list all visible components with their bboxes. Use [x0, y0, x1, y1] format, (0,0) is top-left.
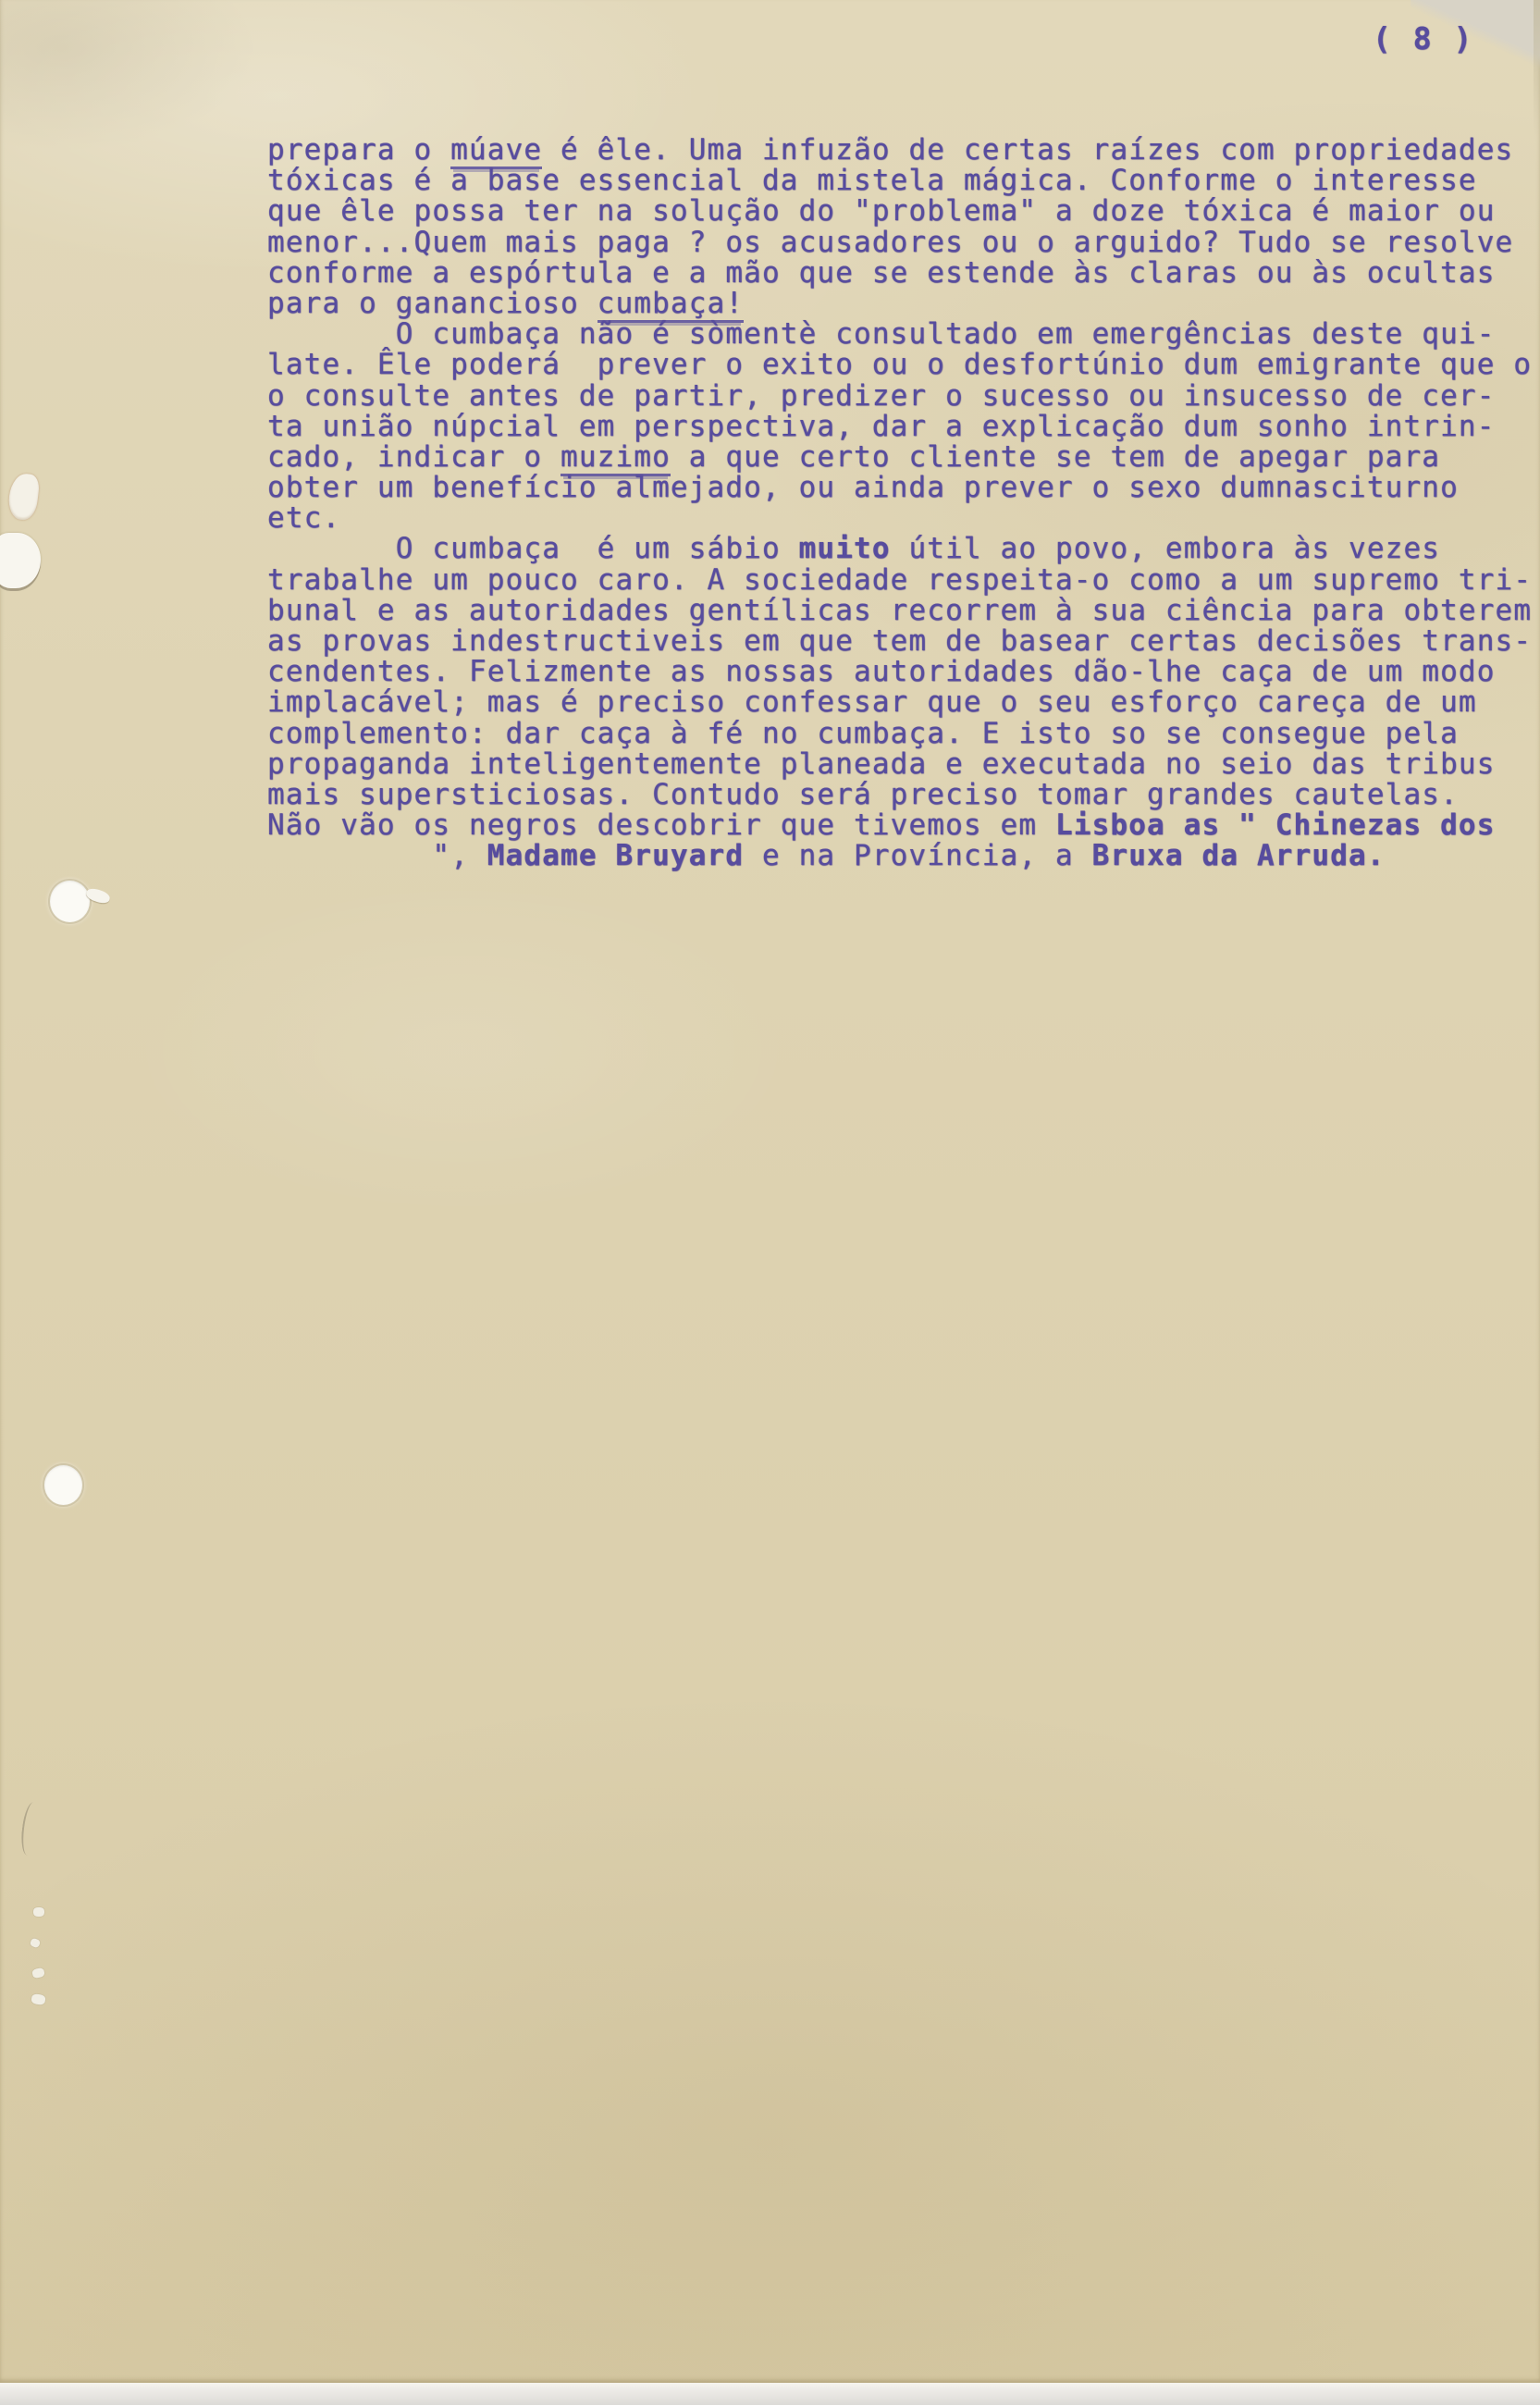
text-line: Não vão os negros descobrir que tivemos …	[267, 810, 1532, 841]
text-segment: implacável; mas é preciso confessar que …	[267, 685, 1477, 719]
text-segment: e na Província, a	[744, 839, 1091, 872]
text-segment: prepara o	[267, 133, 450, 166]
text-segment: cendentes. Felizmente as nossas autorida…	[267, 655, 1496, 688]
paper-tear-patch-upper	[6, 472, 41, 521]
edge-nick	[30, 1938, 41, 1949]
text-line: O cumbaça não é sòmentè consultado em em…	[267, 319, 1532, 350]
text-line: O cumbaça é um sábio muito útil ao povo,…	[267, 534, 1532, 564]
text-line: cendentes. Felizmente as nossas autorida…	[267, 657, 1532, 687]
text-line: etc.	[267, 503, 1532, 534]
text-segment: útil ao povo, embora às vezes	[891, 532, 1440, 565]
text-segment: etc.	[267, 501, 340, 535]
text-line: trabalhe um pouco caro. A sociedade resp…	[267, 565, 1532, 596]
text-segment: as provas indestructiveis em que tem de …	[267, 624, 1532, 658]
punch-hole-bottom	[44, 1465, 82, 1505]
text-segment: tóxicas é a base essencial da mistela má…	[267, 164, 1477, 197]
text-segment: trabalhe um pouco caro. A sociedade resp…	[267, 563, 1532, 597]
text-segment: O cumbaça é um sábio	[267, 532, 799, 565]
text-line: obter um benefício almejado, ou ainda pr…	[267, 473, 1532, 503]
paper-right-edge-shadow	[1534, 0, 1540, 139]
text-line: ", Madame Bruyard e na Província, a Brux…	[267, 841, 1532, 871]
text-line: complemento: dar caça à fé no cumbaça. E…	[267, 719, 1532, 749]
paper-sheet: ( 8 ) prepara o múave é êle. Uma infuzão…	[0, 0, 1540, 2383]
text-line: implacável; mas é preciso confessar que …	[267, 687, 1532, 718]
text-segment: cado, indicar o	[267, 440, 561, 474]
text-segment: conforme a espórtula e a mão que se este…	[267, 256, 1496, 290]
punch-hole-top	[50, 881, 90, 922]
text-line: menor...Quem mais paga ? os acusadores o…	[267, 228, 1532, 258]
text-line: conforme a espórtula e a mão que se este…	[267, 258, 1532, 289]
text-segment: obter um benefício almejado, ou ainda pr…	[267, 471, 1459, 504]
text-segment: ta união núpcial em perspectiva, dar a e…	[267, 410, 1496, 443]
text-line: prepara o múave é êle. Uma infuzão de ce…	[267, 135, 1532, 166]
text-segment: mais supersticiosas. Contudo será precis…	[267, 778, 1459, 811]
text-segment: Bruxa da Arruda.	[1092, 839, 1386, 872]
text-segment: Não vão os negros descobrir que tivemos …	[267, 808, 1055, 842]
text-line: mais supersticiosas. Contudo será precis…	[267, 780, 1532, 810]
text-line: propaganda inteligentemente planeada e e…	[267, 749, 1532, 780]
text-segment: Lisboa as " Chinezas dos	[1055, 808, 1496, 842]
pencil-mark	[19, 1801, 43, 1856]
text-segment: complemento: dar caça à fé no cumbaça. E…	[267, 717, 1459, 750]
text-segment: que êle possa ter na solução do "problem…	[267, 194, 1496, 228]
text-line: para o ganancioso cumbaça!	[267, 289, 1532, 319]
page-number: ( 8 )	[1373, 20, 1473, 57]
typewritten-text: prepara o múave é êle. Uma infuzão de ce…	[267, 135, 1532, 872]
scanner-bed-strip	[0, 2383, 1540, 2405]
scanner-background: ( 8 ) prepara o múave é êle. Uma infuzão…	[0, 0, 1540, 2405]
text-segment: o consulte antes de partir, predizer o s…	[267, 379, 1496, 413]
edge-nick	[31, 1993, 45, 2005]
text-segment: para o ganancioso	[267, 287, 598, 320]
text-line: que êle possa ter na solução do "problem…	[267, 196, 1532, 227]
paper-tear-patch-lower	[0, 533, 41, 588]
text-segment: a que certo cliente se tem de apegar par…	[671, 440, 1440, 474]
text-line: as provas indestructiveis em que tem de …	[267, 626, 1532, 657]
text-segment: muito	[799, 532, 891, 565]
text-segment: Madame Bruyard	[487, 839, 744, 872]
text-segment: late. Êle poderá prever o exito ou o des…	[267, 348, 1532, 381]
edge-nick	[31, 1967, 45, 1979]
text-line: o consulte antes de partir, predizer o s…	[267, 381, 1532, 412]
text-segment: menor...Quem mais paga ? os acusadores o…	[267, 226, 1513, 259]
text-line: late. Êle poderá prever o exito ou o des…	[267, 350, 1532, 380]
text-line: ta união núpcial em perspectiva, dar a e…	[267, 412, 1532, 442]
text-line: bunal e as autoridades gentílicas recorr…	[267, 596, 1532, 626]
text-segment: O cumbaça não é sòmentè consultado em em…	[267, 317, 1496, 351]
text-line: tóxicas é a base essencial da mistela má…	[267, 166, 1532, 196]
text-line: cado, indicar o muzimo a que certo clien…	[267, 442, 1532, 473]
text-segment: é êle. Uma infuzão de certas raízes com …	[542, 133, 1513, 166]
text-segment: ",	[267, 839, 487, 872]
edge-nick	[33, 1907, 44, 1917]
text-segment: bunal e as autoridades gentílicas recorr…	[267, 594, 1532, 627]
text-segment: propaganda inteligentemente planeada e e…	[267, 747, 1496, 781]
